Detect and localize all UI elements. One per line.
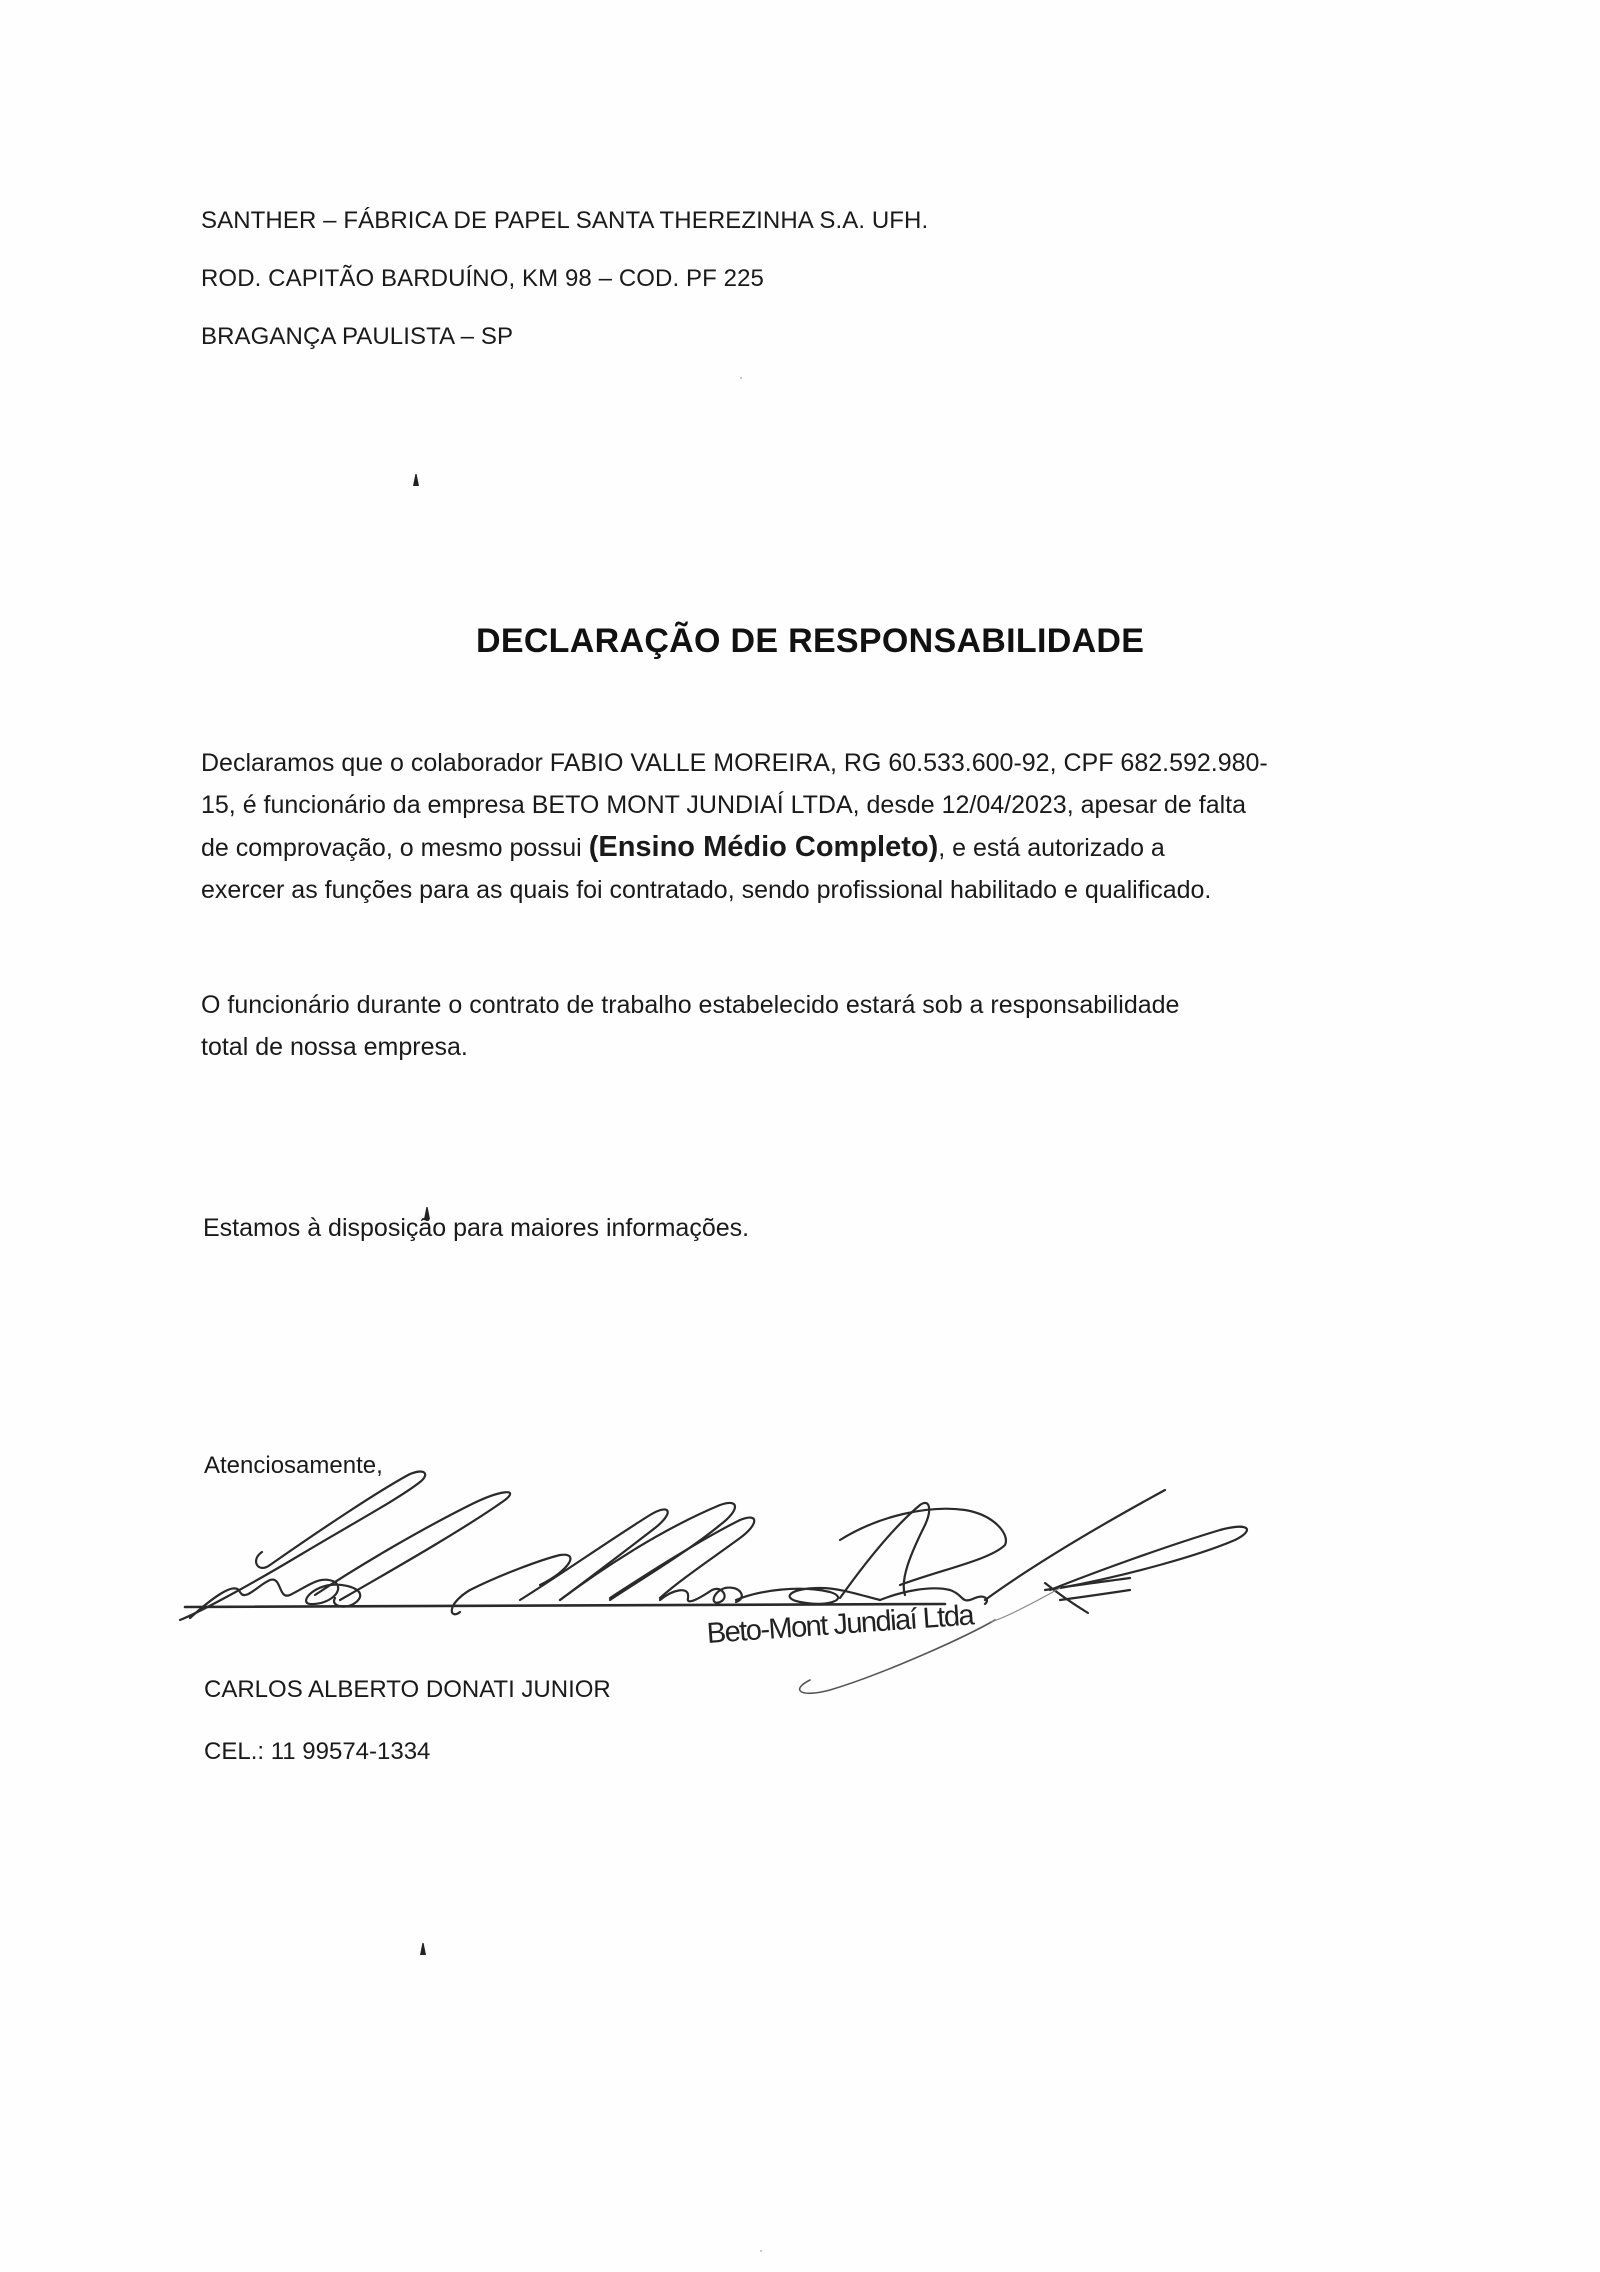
paragraph-line: de comprovação, o mesmo possui (Ensino M… (201, 826, 1411, 869)
recipient-company: SANTHER – FÁBRICA DE PAPEL SANTA THEREZI… (201, 207, 928, 235)
scan-artifact-mark (420, 1943, 426, 1955)
paragraph-text: de comprovação, o mesmo possui (201, 834, 589, 862)
signer-phone: CEL.: 11 99574-1334 (204, 1738, 430, 1766)
declaration-paragraph: Declaramos que o colaborador FABIO VALLE… (201, 742, 1411, 911)
recipient-address: ROD. CAPITÃO BARDUÍNO, KM 98 – COD. PF 2… (201, 265, 764, 293)
education-level-emphasis: (Ensino Médio Completo) (589, 831, 939, 863)
paragraph-line: Declaramos que o colaborador FABIO VALLE… (201, 742, 1411, 784)
document-page: SANTHER – FÁBRICA DE PAPEL SANTA THEREZI… (0, 0, 1600, 2272)
signoff: Atenciosamente, (204, 1452, 383, 1480)
company-stamp: Beto-Mont Jundiaí Ltda (706, 1599, 975, 1651)
paragraph-text: , e está autorizado a (938, 834, 1165, 862)
scan-speck (760, 2250, 762, 2252)
closing-note: Estamos à disposição para maiores inform… (203, 1207, 1413, 1249)
recipient-city: BRAGANÇA PAULISTA – SP (201, 323, 513, 351)
responsibility-paragraph: O funcionário durante o contrato de trab… (201, 984, 1411, 1068)
paragraph-line: exercer as funções para as quais foi con… (201, 869, 1411, 911)
closing-note-text: Estamos à disposição para maiores inform… (203, 1207, 1413, 1249)
paragraph-line: O funcionário durante o contrato de trab… (201, 984, 1411, 1026)
scan-artifact-mark (413, 474, 419, 486)
document-title: DECLARAÇÃO DE RESPONSABILIDADE (476, 622, 1144, 661)
paragraph-line: total de nossa empresa. (201, 1026, 1411, 1068)
paragraph-line: 15, é funcionário da empresa BETO MONT J… (201, 784, 1411, 826)
scan-speck (740, 377, 742, 379)
signer-name: CARLOS ALBERTO DONATI JUNIOR (204, 1676, 611, 1704)
